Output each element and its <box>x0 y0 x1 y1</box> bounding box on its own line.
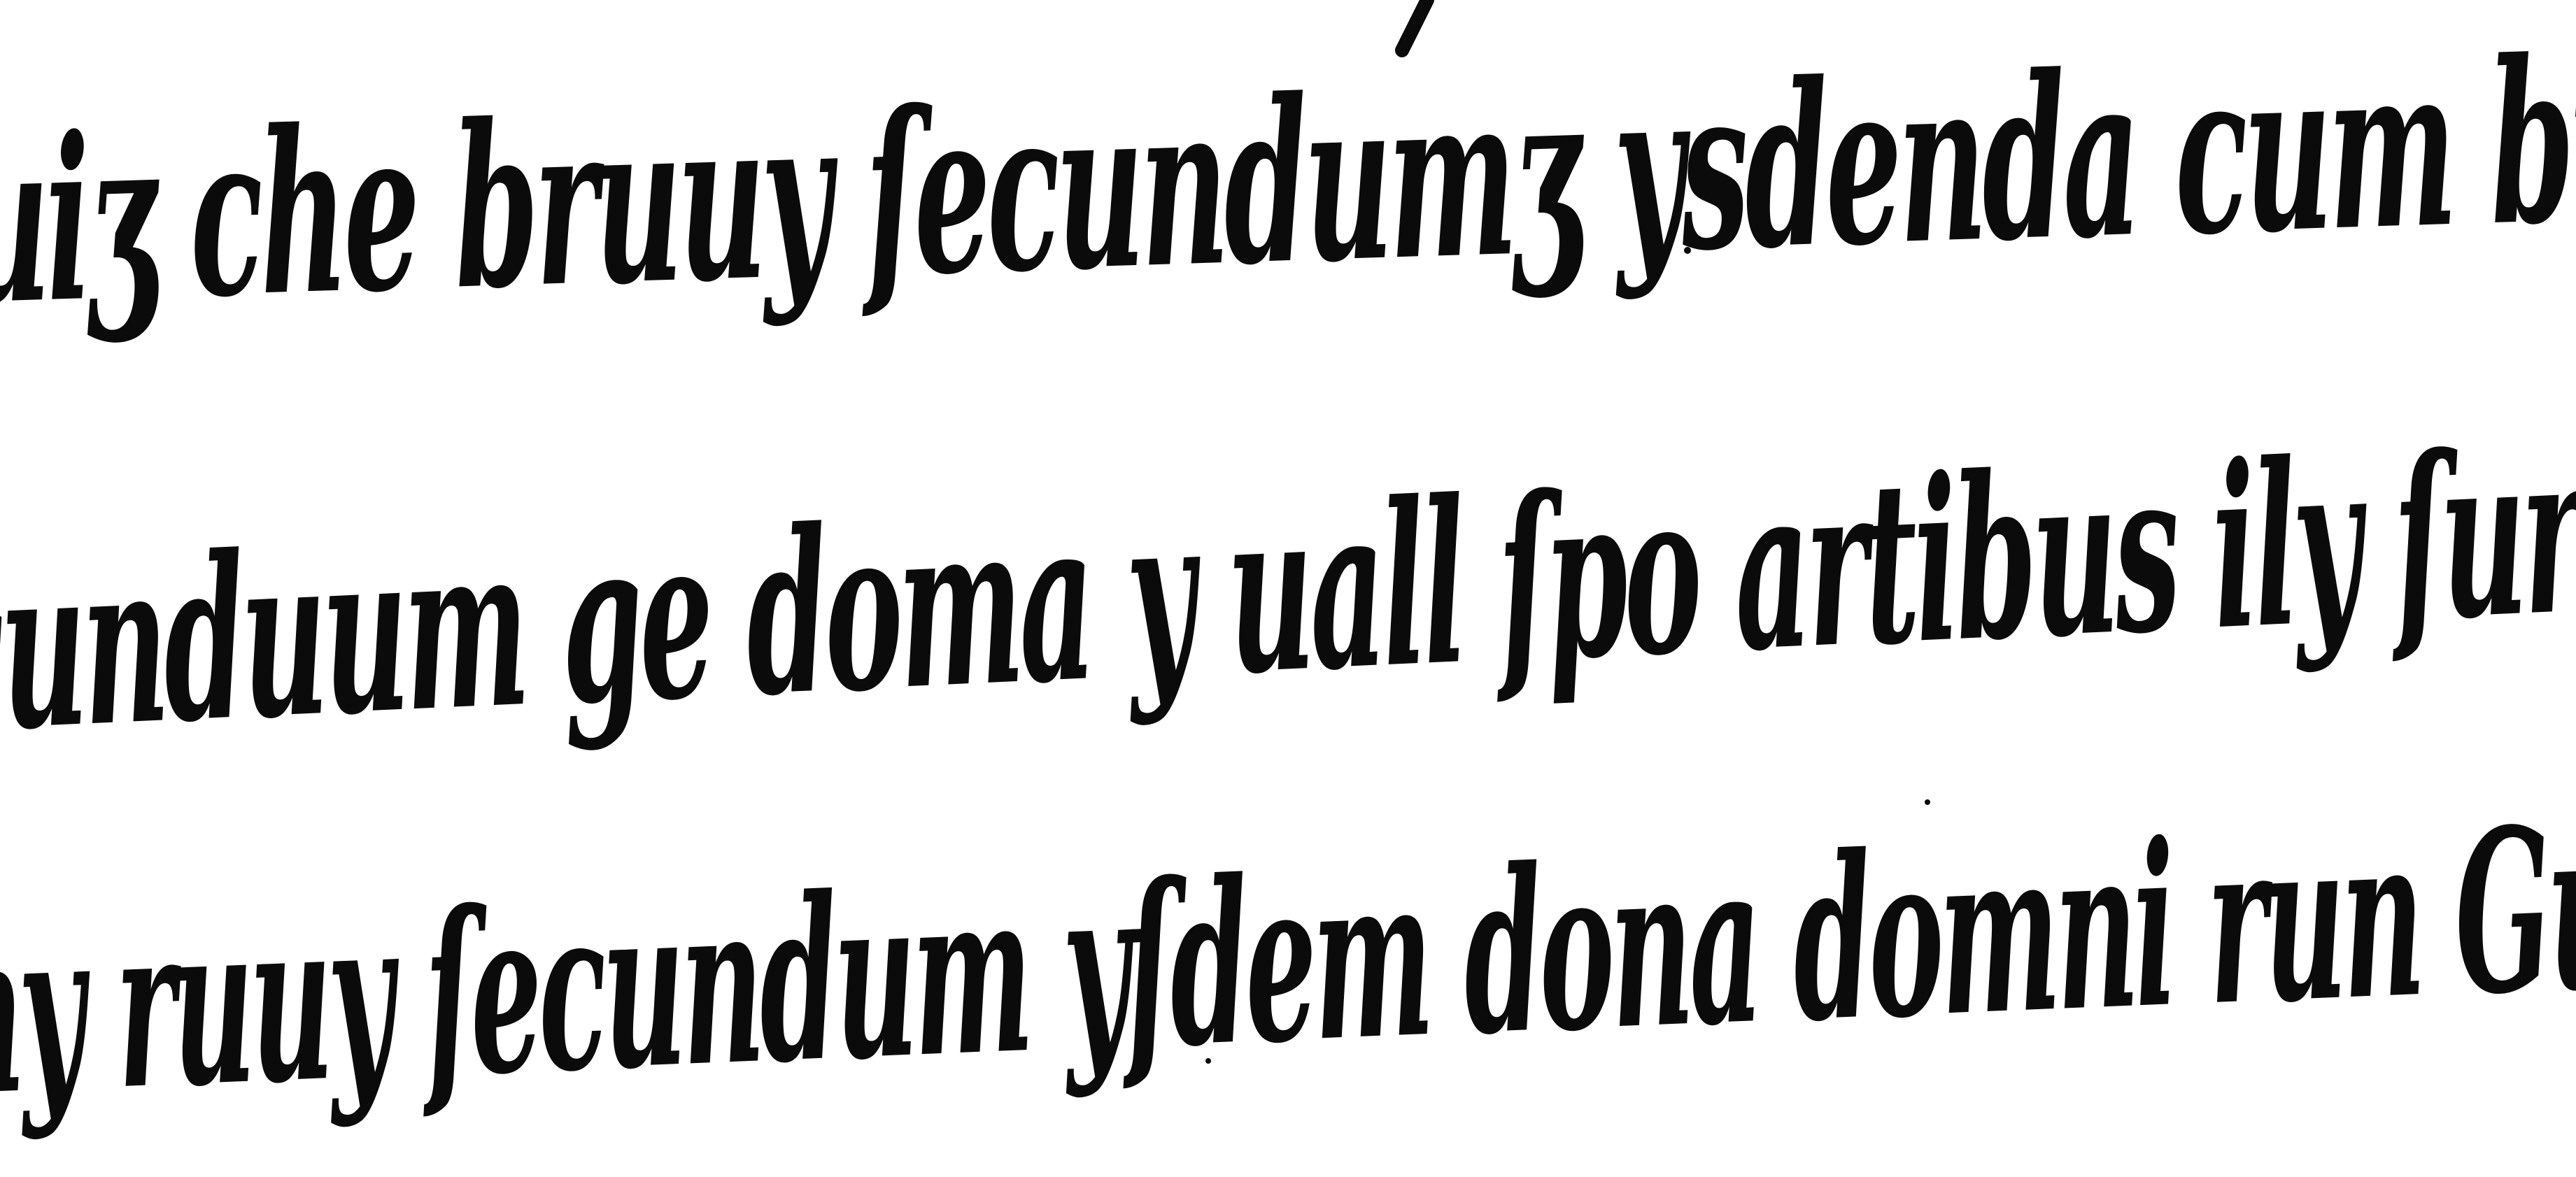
manuscript-page: ſuiʒ che bruuy ſecundumʒ ysdenda cum bis… <box>0 0 2576 1177</box>
manuscript-scan-image: ſuiʒ che bruuy ſecundumʒ ysdenda cum bis… <box>0 0 2576 1177</box>
manuscript-scan-page: { "manuscript": { "ink_color": "#0b0b0b"… <box>0 0 2576 1177</box>
ink-speck <box>1205 1058 1211 1064</box>
ink-speck <box>1684 247 1691 254</box>
ink-speck <box>1925 799 1930 805</box>
